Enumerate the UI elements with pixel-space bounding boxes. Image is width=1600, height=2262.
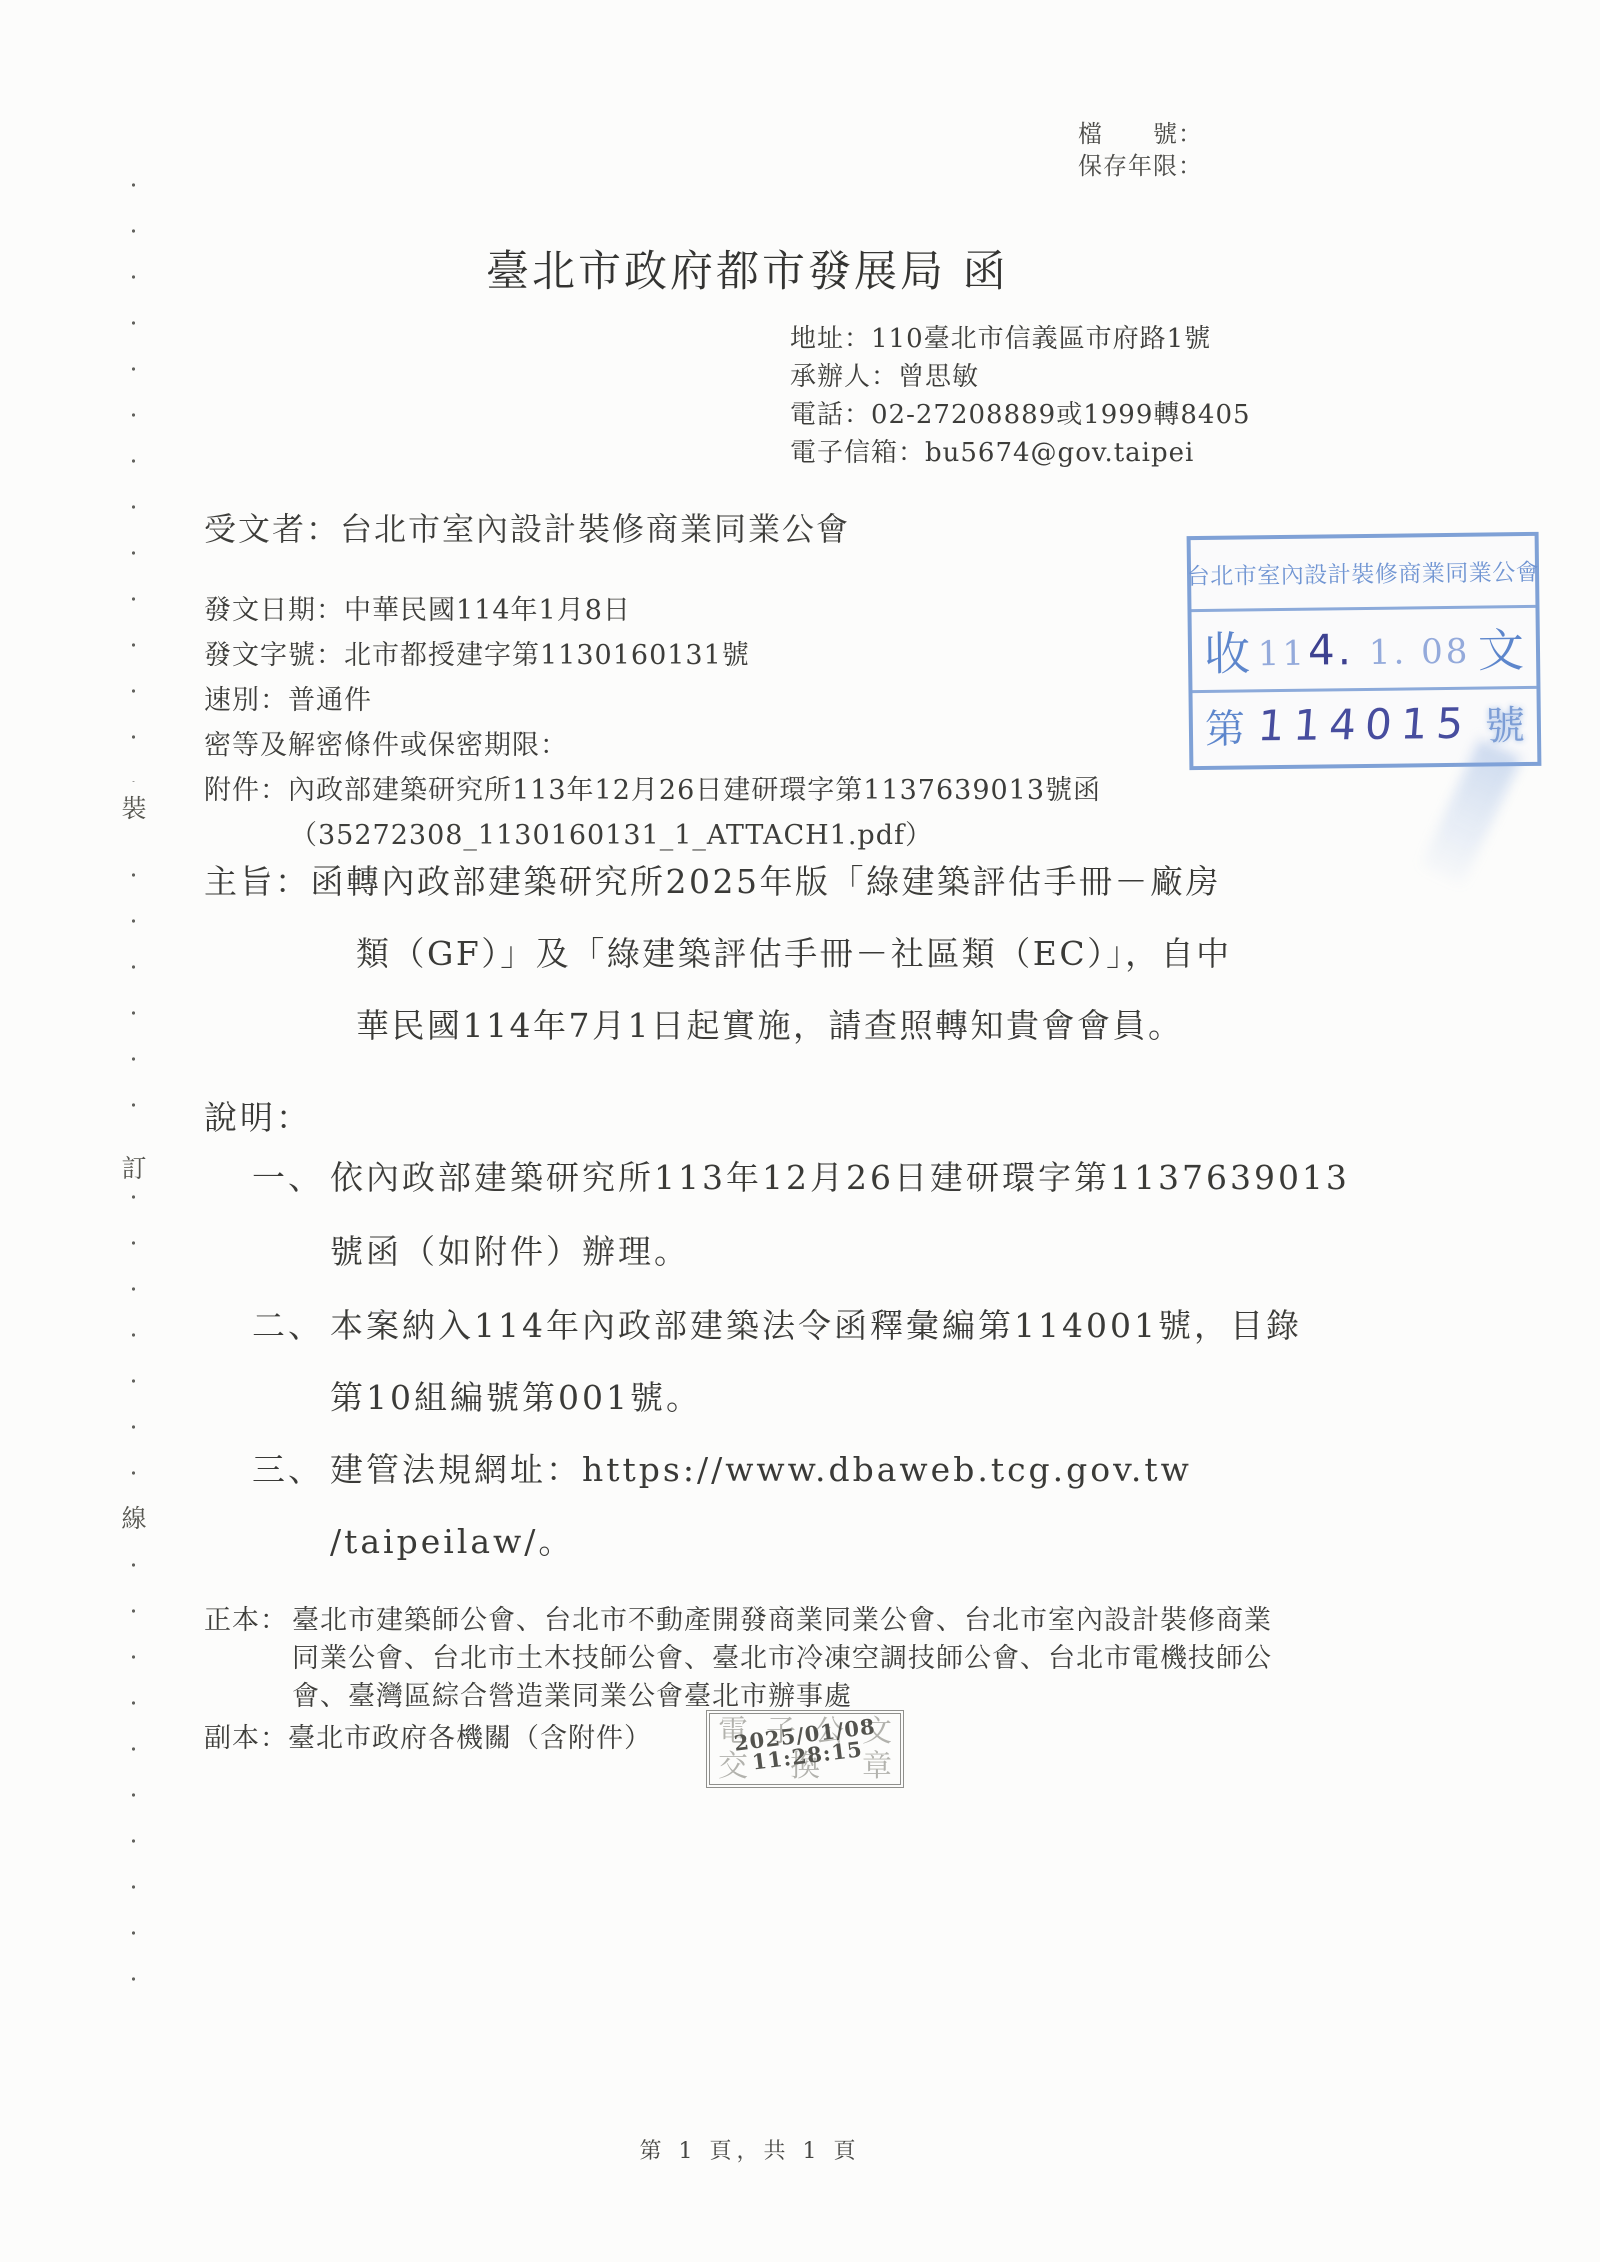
speed-line: 速別：普通件 (204, 678, 1101, 723)
attachment-line-1: 附件：內政部建築研究所113年12月26日建研環字第1137639013號函 (204, 768, 1101, 813)
receipt-stamp-shou: 收 (1204, 617, 1251, 684)
description-item-1-number: 一、 (252, 1152, 324, 1199)
description-item-3-line-2: /taipeilaw/。 (330, 1516, 574, 1563)
receipt-stamp-di: 第 (1205, 697, 1246, 754)
file-number-label: 檔 號： (1078, 118, 1203, 150)
receipt-stamp-hao: 號 (1485, 694, 1526, 751)
sender-address: 地址：110臺北市信義區市府路1號 (790, 320, 1251, 358)
retention-period-label: 保存年限： (1078, 150, 1203, 182)
handwritten-digit: 4. (1308, 625, 1355, 675)
receipt-stamp-wen: 文 (1478, 614, 1525, 681)
receipt-stamp: 台北市室內設計裝修商業同業公會 收 114. 1. 08 文 第 114015 … (1187, 532, 1542, 770)
scanned-official-letter: 裝 訂 線 檔 號： 保存年限： 臺北市政府都市發展局 函 地址：110臺北市信… (0, 0, 1600, 2262)
issue-number-line: 發文字號：北市都授建字第1130160131號 (204, 633, 1101, 678)
binding-dotted-line (132, 162, 135, 2008)
primary-copy-label: 正本： (204, 1598, 288, 1637)
primary-copy-line-2: 同業公會、台北市土木技師公會、臺北市冷凍空調技師公會、台北市電機技師公 (292, 1636, 1272, 1675)
receipt-stamp-date-row: 收 114. 1. 08 文 (1192, 608, 1537, 693)
sender-contact-person: 承辦人：曾思敏 (790, 358, 1251, 396)
description-item-2-number: 二、 (252, 1300, 324, 1347)
binding-mark-xian: 線 (117, 1492, 151, 1542)
description-label: 說明： (204, 1092, 312, 1139)
description-item-1-line-1: 依內政部建築研究所113年12月26日建研環字第1137639013 (330, 1152, 1350, 1199)
description-item-1-line-2: 號函（如附件）辦理。 (330, 1226, 690, 1273)
subject-line-2: 類（GF）」及「綠建築評估手冊－社區類（EC）」，自中 (356, 928, 1232, 975)
receipt-stamp-org: 台北市室內設計裝修商業同業公會 (1191, 536, 1536, 612)
document-meta-block: 發文日期：中華民國114年1月8日 發文字號：北市都授建字第1130160131… (204, 588, 1101, 858)
description-item-2-line-2: 第10組編號第001號。 (330, 1372, 702, 1419)
binding-mark-ding: 訂 (117, 1142, 151, 1192)
sender-phone: 電話：02-27208889或1999轉8405 (790, 396, 1251, 434)
sender-email: 電子信箱：bu5674@gov.taipei (790, 434, 1251, 472)
receipt-stamp-date: 114. 1. 08 (1257, 623, 1470, 675)
document-title: 臺北市政府都市發展局 函 (486, 238, 1009, 299)
recipient-line: 受文者：台北市室內設計裝修商業同業公會 (204, 504, 850, 550)
archive-labels: 檔 號： 保存年限： (1078, 118, 1203, 182)
receipt-stamp-number-handwritten: 114015 (1256, 698, 1474, 750)
carbon-copy-line: 副本：臺北市政府各機關（含附件） (204, 1716, 652, 1755)
primary-copy-line-3: 會、臺灣區綜合營造業同業公會臺北市辦事處 (292, 1674, 852, 1713)
primary-copy-line-1: 臺北市建築師公會、台北市不動產開發商業同業公會、台北市室內設計裝修商業 (292, 1598, 1272, 1637)
description-item-3-line-1: 建管法規網址：https://www.dbaweb.tcg.gov.tw (330, 1444, 1192, 1491)
issue-date-line: 發文日期：中華民國114年1月8日 (204, 588, 1101, 633)
attachment-line-2: （35272308_1130160131_1_ATTACH1.pdf） (204, 813, 1101, 858)
description-item-2-line-1: 本案納入114年內政部建築法令函釋彙編第114001號，目錄 (330, 1300, 1302, 1347)
subject-line-3: 華民國114年7月1日起實施，請查照轉知貴會會員。 (356, 1000, 1183, 1047)
security-line: 密等及解密條件或保密期限： (204, 723, 1101, 768)
sender-info-block: 地址：110臺北市信義區市府路1號 承辦人：曾思敏 電話：02-27208889… (790, 320, 1251, 472)
subject-line-1: 主旨：函轉內政部建築研究所2025年版「綠建築評估手冊－廠房 (204, 856, 1221, 903)
binding-mark-zhuang: 裝 (117, 782, 151, 832)
description-item-3-number: 三、 (252, 1444, 324, 1491)
page-number-footer: 第 1 頁，共 1 頁 (600, 2134, 900, 2165)
